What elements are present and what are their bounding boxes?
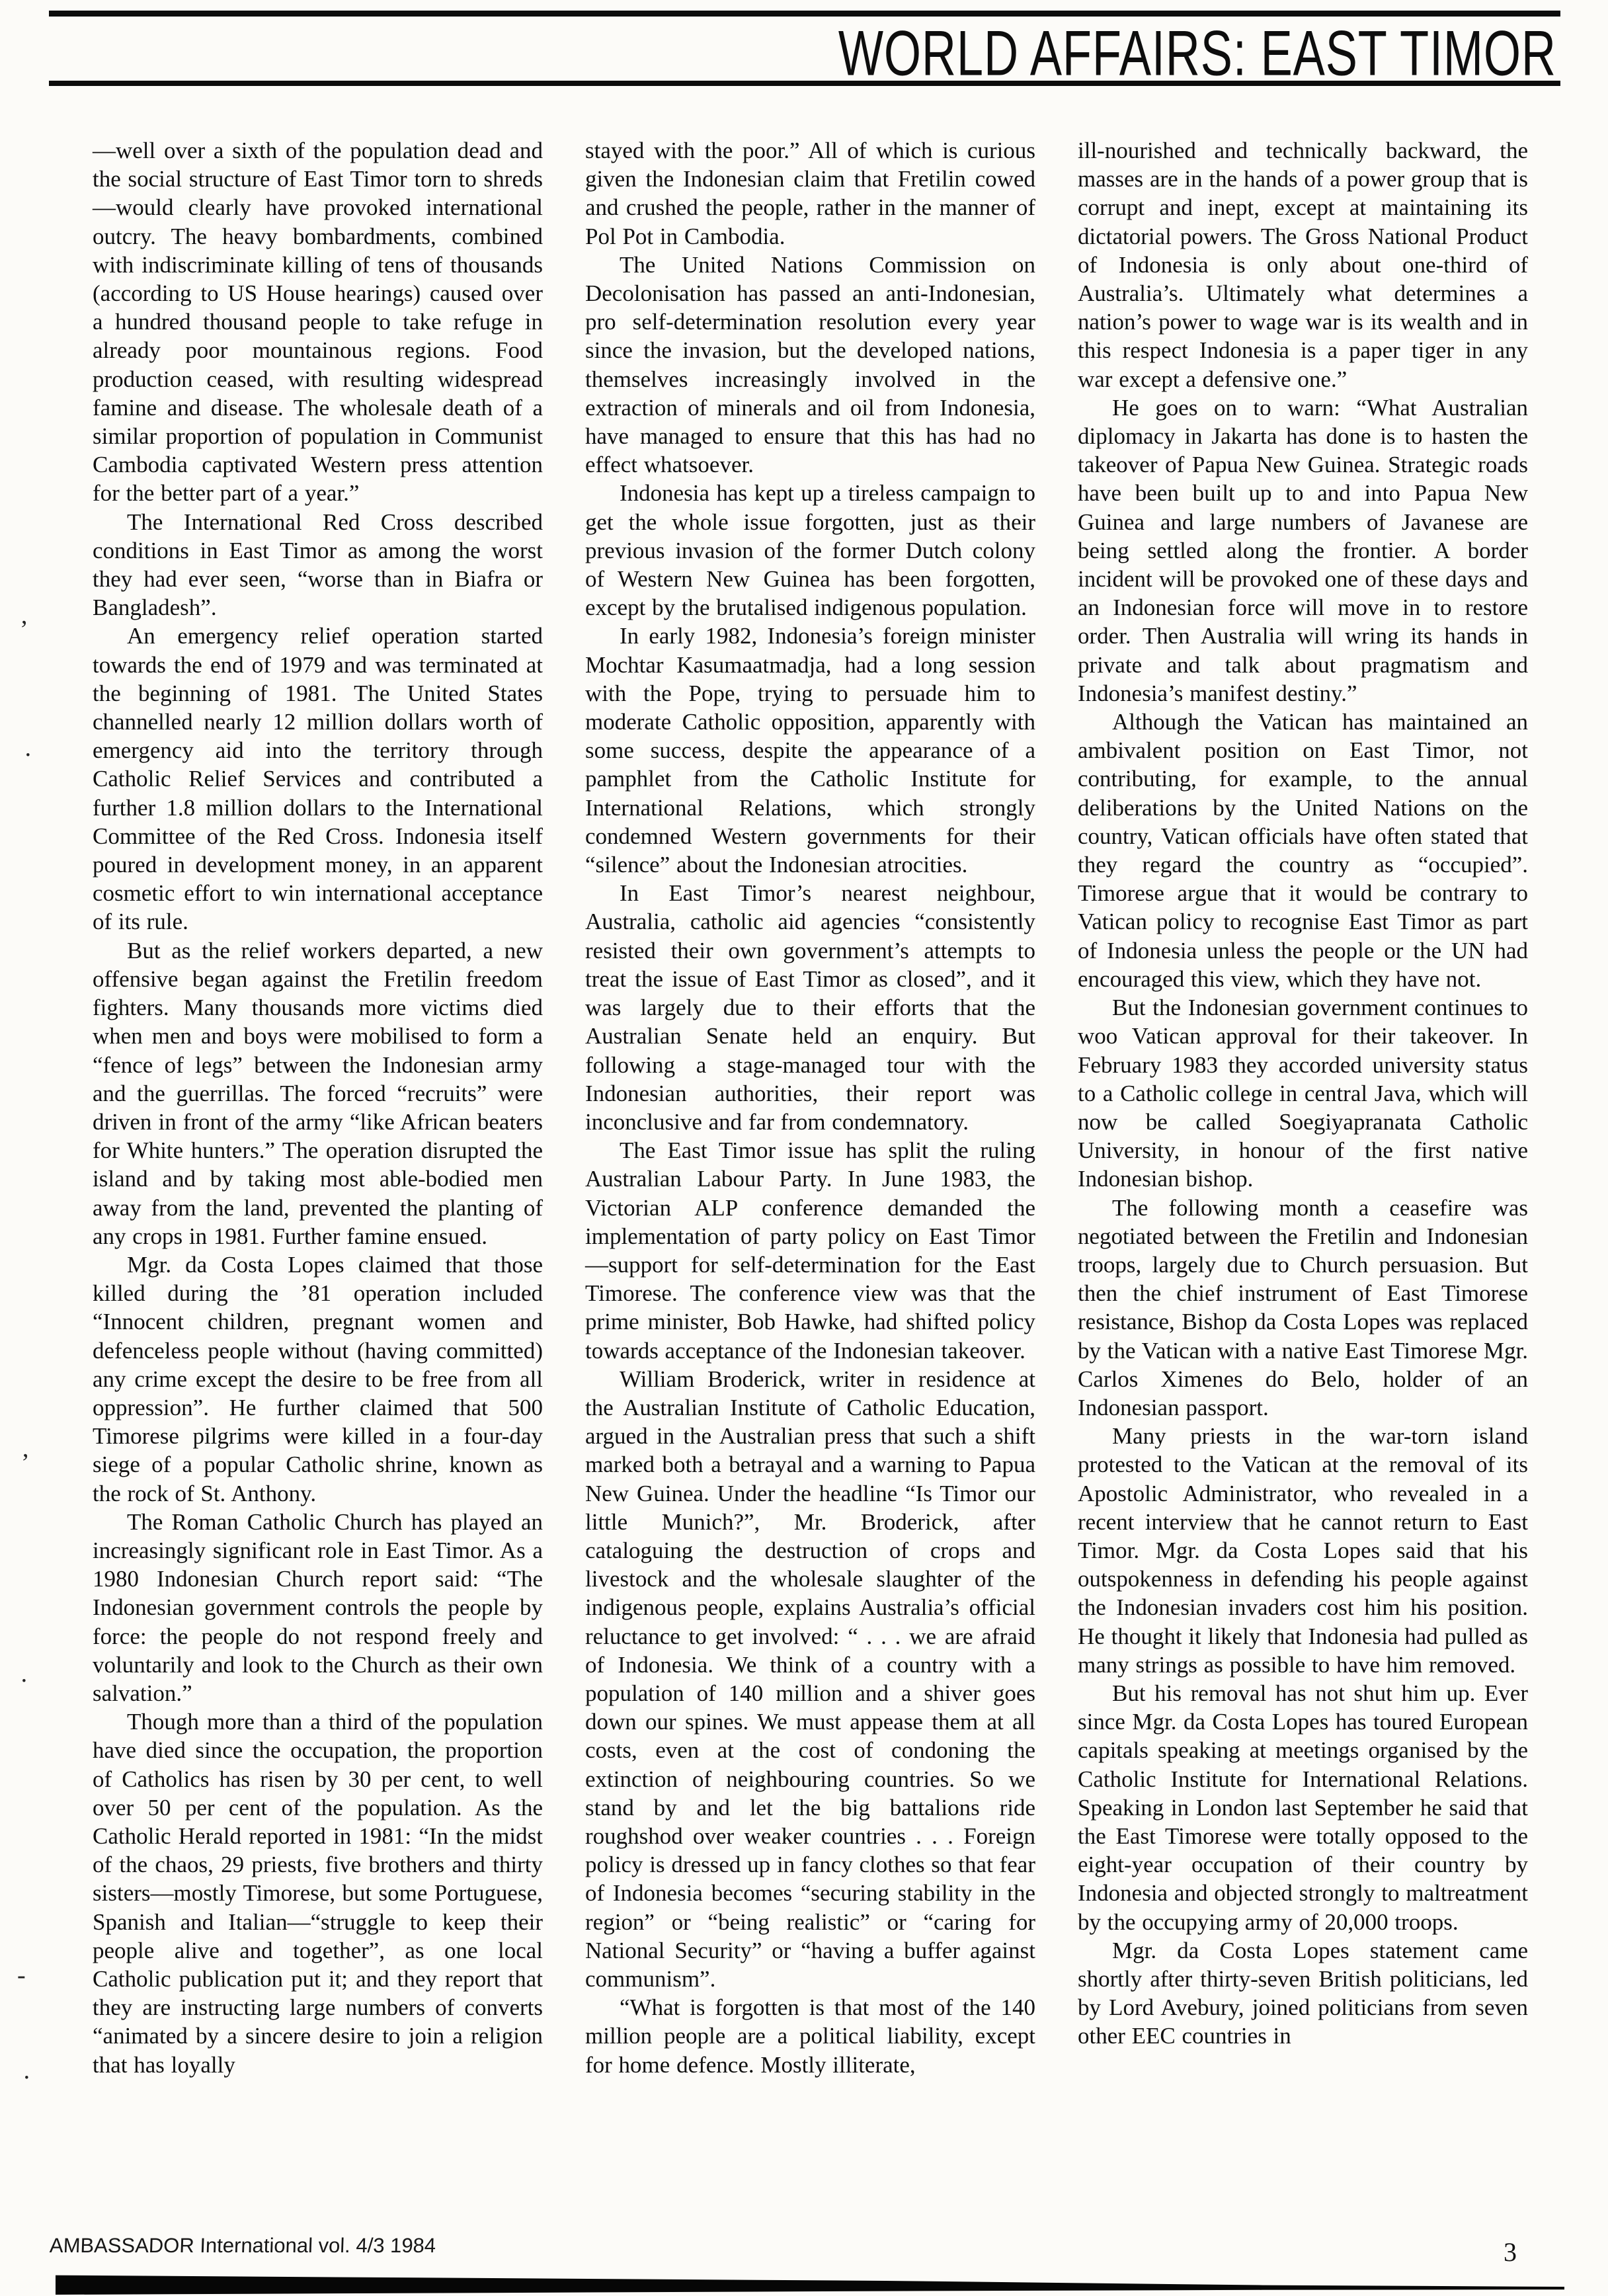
article-paragraph: But the Indonesian government continues … — [1078, 993, 1528, 1193]
article-paragraph: In early 1982, Indonesia’s foreign minis… — [585, 622, 1035, 879]
article-column-1: —well over a sixth of the population dea… — [93, 136, 543, 2079]
article-column-3: ill-nourished and technically backward, … — [1078, 136, 1528, 2079]
article-paragraph: An emergency relief operation started to… — [93, 622, 543, 936]
scan-speck: ’ — [21, 1448, 30, 1477]
article-paragraph: The Roman Catholic Church has played an … — [93, 1508, 543, 1707]
journal-volume-line: AMBASSADOR International vol. 4/3 1984 — [49, 2234, 436, 2258]
scan-speck: - — [17, 1961, 26, 1990]
bottom-scan-bar — [56, 2275, 1564, 2295]
article-paragraph: The following month a ceasefire was nego… — [1078, 1194, 1528, 1422]
article-paragraph: But his removal has not shut him up. Eve… — [1078, 1679, 1528, 1936]
article-paragraph: —well over a sixth of the population dea… — [93, 136, 543, 508]
article-paragraph: The United Nations Commission on Decolon… — [585, 251, 1035, 479]
article-paragraph: Many priests in the war-torn island prot… — [1078, 1422, 1528, 1679]
page-number: 3 — [1504, 2236, 1517, 2268]
scan-speck: · — [20, 1666, 28, 1696]
article-paragraph: The East Timor issue has split the rulin… — [585, 1136, 1035, 1365]
article-paragraph: In East Timor’s nearest neighbour, Austr… — [585, 879, 1035, 1136]
article-paragraph: Mgr. da Costa Lopes claimed that those k… — [93, 1250, 543, 1508]
article-paragraph: Mgr. da Costa Lopes statement came short… — [1078, 1936, 1528, 2051]
article-paragraph: William Broderick, writer in residence a… — [585, 1365, 1035, 1993]
article-column-2: stayed with the poor.” All of which is c… — [585, 136, 1035, 2079]
header-bottom-rule — [49, 81, 1560, 86]
header-top-rule — [49, 11, 1560, 17]
magazine-page: WORLD AFFAIRS: EAST TIMOR —well over a s… — [0, 0, 1608, 2296]
scan-speck: · — [24, 741, 32, 770]
article-paragraph: Though more than a third of the populati… — [93, 1707, 543, 2079]
scan-speck: ’ — [20, 615, 28, 644]
article-paragraph: Although the Vatican has maintained an a… — [1078, 708, 1528, 993]
page-title: WORLD AFFAIRS: EAST TIMOR — [838, 17, 1556, 91]
article-paragraph: He goes on to warn: “What Australian dip… — [1078, 393, 1528, 708]
article-paragraph: The International Red Cross described co… — [93, 508, 543, 622]
article-paragraph: “What is forgotten is that most of the 1… — [585, 1993, 1035, 2079]
scan-speck: · — [22, 2063, 31, 2092]
article-paragraph: ill-nourished and technically backward, … — [1078, 136, 1528, 393]
article-paragraph: Indonesia has kept up a tireless campaig… — [585, 479, 1035, 622]
article-paragraph: But as the relief workers departed, a ne… — [93, 936, 543, 1250]
article-paragraph: stayed with the poor.” All of which is c… — [585, 136, 1035, 251]
article-columns: —well over a sixth of the population dea… — [93, 136, 1529, 2079]
